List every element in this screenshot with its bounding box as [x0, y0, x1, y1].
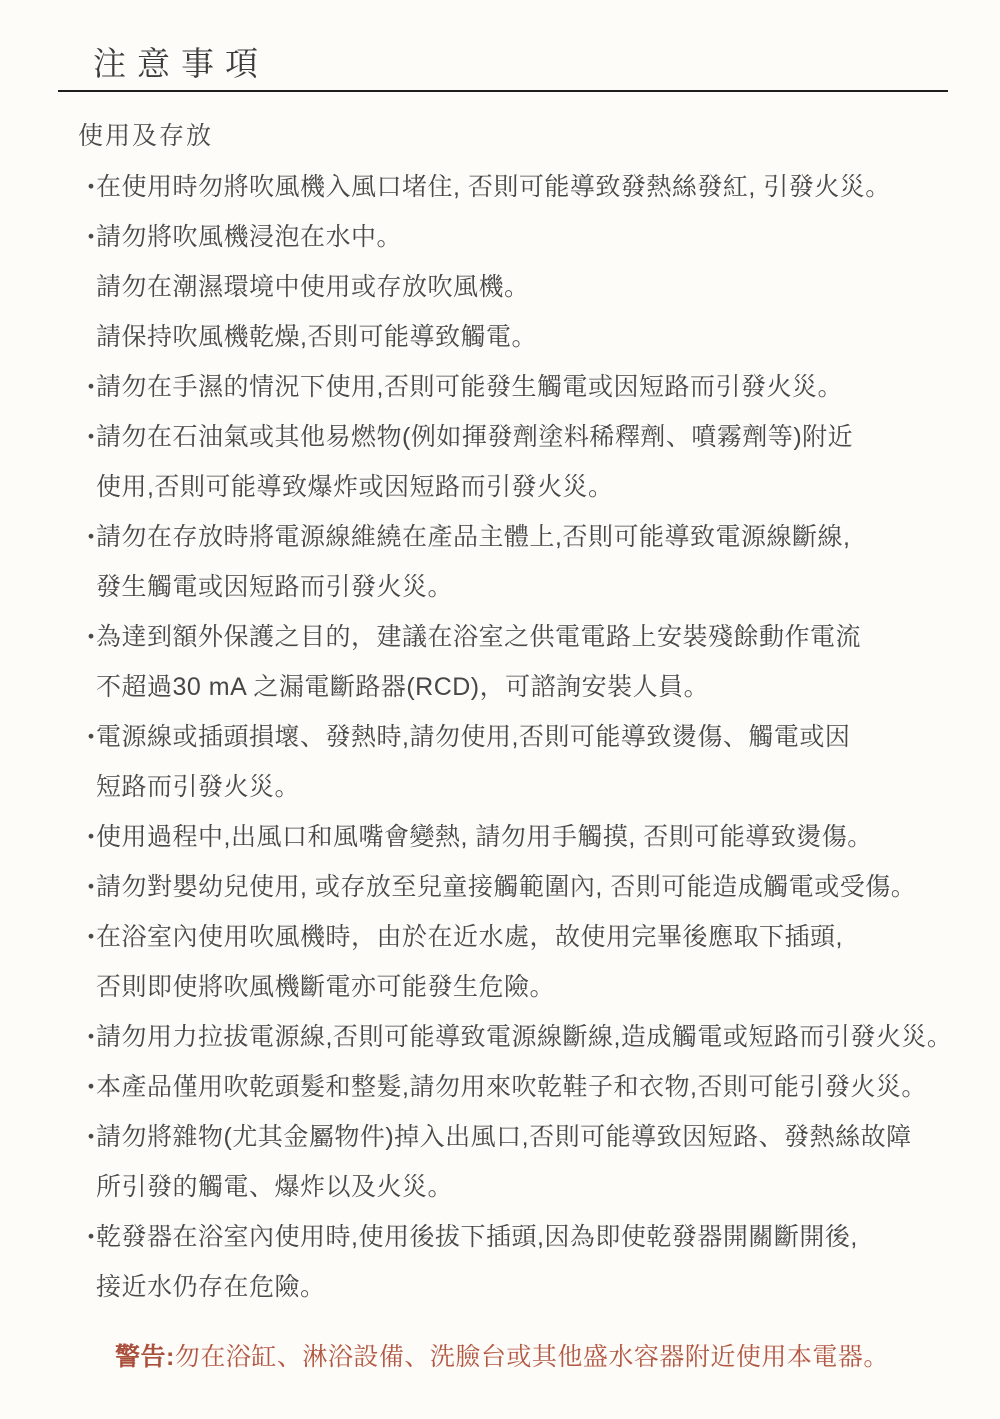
bullet-icon: ・: [78, 167, 96, 204]
precaution-line: ・在使用時勿將吹風機入風口堵住, 否則可能導致發熱絲發紅, 引發火災。: [78, 160, 993, 210]
precaution-line: 短路而引發火災。: [78, 760, 993, 810]
precaution-text: 短路而引發火災。: [96, 767, 300, 803]
precaution-text: 電源線或插頭損壞、發熱時,請勿使用,否則可能導致燙傷、觸電或因: [96, 717, 850, 753]
page-title: 注意事項: [93, 38, 269, 85]
precaution-text: 請勿在手濕的情況下使用,否則可能發生觸電或因短路而引發火災。: [96, 367, 843, 403]
precaution-text: 請勿在存放時將電源線維繞在產品主體上,否則可能導致電源線斷線,: [96, 517, 850, 553]
bullet-icon: ・: [78, 817, 96, 854]
bullet-icon: ・: [78, 617, 96, 654]
precaution-line: 所引發的觸電、爆炸以及火災。: [78, 1160, 993, 1210]
precaution-text: 請勿將雜物(尤其金屬物件)掉入出風口,否則可能導致因短路、發熱絲故障: [96, 1117, 912, 1153]
precaution-line: ・本產品僅用吹乾頭髮和整髮,請勿用來吹乾鞋子和衣物,否則可能引發火災。: [78, 1060, 993, 1110]
bullet-icon: ・: [78, 1117, 96, 1154]
precaution-text: 在使用時勿將吹風機入風口堵住, 否則可能導致發熱絲發紅, 引發火災。: [96, 167, 891, 203]
precaution-text: 使用,否則可能導致爆炸或因短路而引發火災。: [96, 467, 613, 503]
bullet-icon: ・: [78, 867, 96, 904]
precaution-text: 在浴室內使用吹風機時，由於在近水處，故使用完畢後應取下插頭,: [96, 917, 843, 953]
precaution-line: ・請勿將雜物(尤其金屬物件)掉入出風口,否則可能導致因短路、發熱絲故障: [78, 1110, 993, 1160]
warning-label: 警告:: [115, 1343, 175, 1371]
precaution-line: ・使用過程中,出風口和風嘴會變熱, 請勿用手觸摸, 否則可能導致燙傷。: [78, 810, 993, 860]
bullet-icon: ・: [78, 1217, 96, 1254]
precaution-text: 發生觸電或因短路而引發火災。: [96, 567, 453, 603]
precaution-line: ・請勿將吹風機浸泡在水中。: [78, 210, 993, 260]
precaution-text: 使用過程中,出風口和風嘴會變熱, 請勿用手觸摸, 否則可能導致燙傷。: [96, 817, 873, 853]
precaution-line: 請保持吹風機乾燥,否則可能導致觸電。: [78, 310, 993, 360]
precaution-line: 請勿在潮濕環境中使用或存放吹風機。: [78, 260, 993, 310]
bullet-icon: ・: [78, 417, 96, 454]
section-heading: 使用及存放: [78, 116, 213, 152]
precaution-text: 本產品僅用吹乾頭髮和整髮,請勿用來吹乾鞋子和衣物,否則可能引發火災。: [96, 1067, 927, 1103]
precaution-text: 不超過30 mA 之漏電斷路器(RCD)，可諮詢安裝人員。: [96, 667, 709, 703]
precaution-text: 請保持吹風機乾燥,否則可能導致觸電。: [96, 317, 537, 353]
bullet-icon: ・: [78, 917, 96, 954]
precaution-line: 發生觸電或因短路而引發火災。: [78, 560, 993, 610]
precaution-line: ・在浴室內使用吹風機時，由於在近水處，故使用完畢後應取下插頭,: [78, 910, 993, 960]
precaution-line: 否則即使將吹風機斷電亦可能發生危險。: [78, 960, 993, 1010]
precaution-text: 請勿在石油氣或其他易燃物(例如揮發劑塗料稀釋劑、噴霧劑等)附近: [96, 417, 853, 453]
precaution-line: ・請勿在存放時將電源線維繞在產品主體上,否則可能導致電源線斷線,: [78, 510, 993, 560]
bullet-icon: ・: [78, 717, 96, 754]
precaution-line: ・請勿對嬰幼兒使用, 或存放至兒童接觸範圍內, 否則可能造成觸電或受傷。: [78, 860, 993, 910]
precaution-text: 請勿用力拉拔電源線,否則可能導致電源線斷線,造成觸電或短路而引發火災。: [96, 1017, 952, 1053]
precaution-text: 乾發器在浴室內使用時,使用後拔下插頭,因為即使乾發器開關斷開後,: [96, 1217, 858, 1253]
precaution-line: ・請勿在手濕的情況下使用,否則可能發生觸電或因短路而引發火災。: [78, 360, 993, 410]
precaution-text: 否則即使將吹風機斷電亦可能發生危險。: [96, 967, 555, 1003]
precaution-text: 為達到額外保護之目的，建議在浴室之供電電路上安裝殘餘動作電流: [96, 617, 861, 653]
bullet-icon: ・: [78, 1017, 96, 1054]
precaution-text: 接近水仍存在危險。: [96, 1267, 326, 1303]
precaution-list: ・在使用時勿將吹風機入風口堵住, 否則可能導致發熱絲發紅, 引發火災。・請勿將吹…: [78, 160, 993, 1310]
bullet-icon: ・: [78, 1067, 96, 1104]
precaution-line: ・乾發器在浴室內使用時,使用後拔下插頭,因為即使乾發器開關斷開後,: [78, 1210, 993, 1260]
precaution-text: 請勿對嬰幼兒使用, 或存放至兒童接觸範圍內, 否則可能造成觸電或受傷。: [96, 867, 916, 903]
precaution-line: 不超過30 mA 之漏電斷路器(RCD)，可諮詢安裝人員。: [78, 660, 993, 710]
manual-page: 注意事項 使用及存放 ・在使用時勿將吹風機入風口堵住, 否則可能導致發熱絲發紅,…: [0, 0, 1000, 1419]
precaution-line: ・請勿用力拉拔電源線,否則可能導致電源線斷線,造成觸電或短路而引發火災。: [78, 1010, 993, 1060]
precaution-line: 使用,否則可能導致爆炸或因短路而引發火災。: [78, 460, 993, 510]
precaution-line: ・請勿在石油氣或其他易燃物(例如揮發劑塗料稀釋劑、噴霧劑等)附近: [78, 410, 993, 460]
warning-text: 勿在浴缸、淋浴設備、洗臉台或其他盛水容器附近使用本電器。: [175, 1343, 889, 1371]
precaution-text: 請勿將吹風機浸泡在水中。: [96, 217, 402, 253]
warning-note: 警告:勿在浴缸、淋浴設備、洗臉台或其他盛水容器附近使用本電器。: [115, 1337, 889, 1373]
precaution-line: ・為達到額外保護之目的，建議在浴室之供電電路上安裝殘餘動作電流: [78, 610, 993, 660]
precaution-text: 請勿在潮濕環境中使用或存放吹風機。: [96, 267, 530, 303]
bullet-icon: ・: [78, 217, 96, 254]
precaution-text: 所引發的觸電、爆炸以及火災。: [96, 1167, 453, 1203]
precaution-line: 接近水仍存在危險。: [78, 1260, 993, 1310]
bullet-icon: ・: [78, 367, 96, 404]
title-underline: [58, 90, 948, 92]
bullet-icon: ・: [78, 517, 96, 554]
precaution-line: ・電源線或插頭損壞、發熱時,請勿使用,否則可能導致燙傷、觸電或因: [78, 710, 993, 760]
